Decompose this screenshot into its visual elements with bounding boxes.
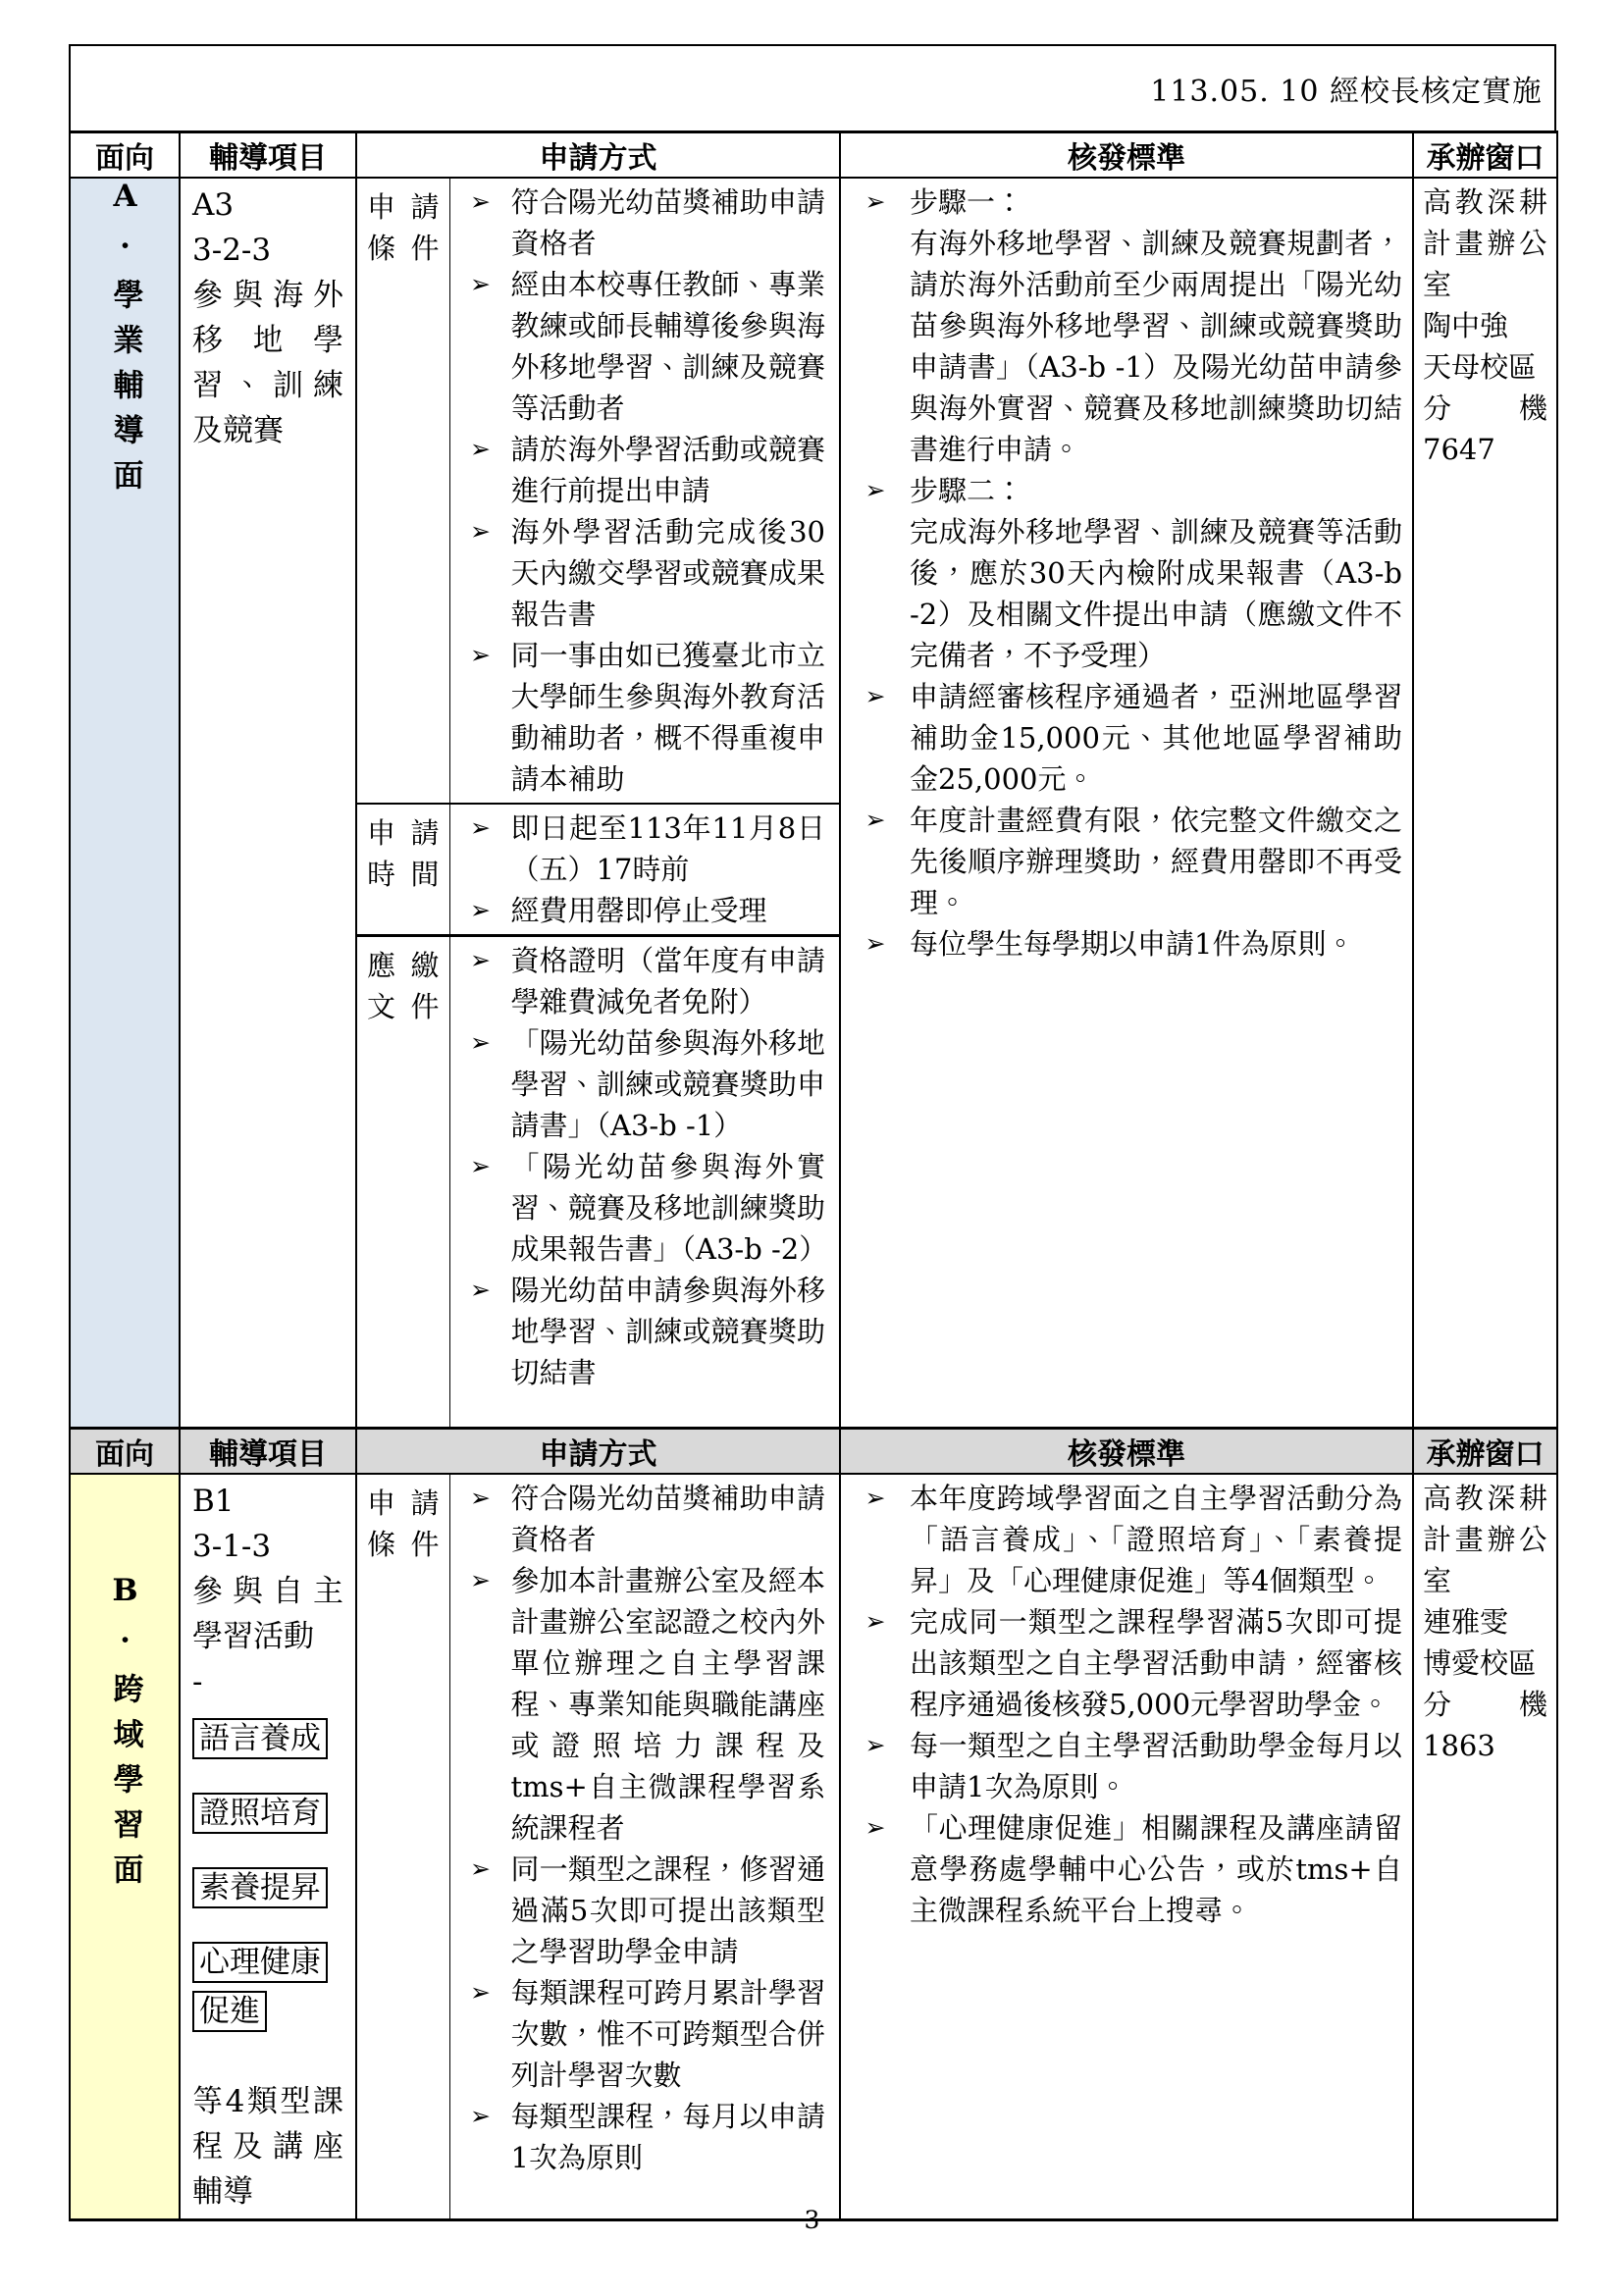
item-box: 素養提昇 (192, 1867, 328, 1908)
bullet-arrow-icon: ➢ (841, 182, 910, 223)
bullet-text: 步驟一： 有海外移地學習、訓練及競賽規劃者，請於海外活動前至少兩周提出「陽光幼苗… (910, 182, 1402, 470)
bullet-arrow-icon: ➢ (450, 635, 511, 676)
header-window: 承辦窗口 (1413, 1429, 1557, 1475)
bullet-arrow-icon: ➢ (450, 1022, 511, 1064)
bullet-item: ➢ 海外學習活動完成後30天內繳交學習或競賽成果報告書 (450, 511, 826, 635)
header-aspect: 面向 (70, 1429, 180, 1475)
bullet-text: 請於海外學習活動或競賽進行前提出申請 (511, 429, 826, 511)
bullet-text: 經費用罄即停止受理 (511, 890, 826, 931)
item-code: B1 (192, 1479, 343, 1524)
bullet-text: 每位學生每學期以申請1件為原則。 (910, 923, 1402, 965)
bullet-text: 年度計畫經費有限，依完整文件繳交之先後順序辦理獎助，經費用罄即不再受理。 (910, 800, 1402, 923)
aspect-text: B·跨域學習面 (110, 1573, 140, 1899)
item-name: 參與海外移地學習、訓練及競賽 (192, 273, 343, 453)
bullet-text: 參加本計畫辦公室及經本計畫辦公室認證之校內外單位辦理之自主學習課程、專業知能與職… (511, 1560, 826, 1849)
bullet-item: ➢ 每一類型之自主學習活動助學金每月以申請1次為原則。 (841, 1725, 1402, 1807)
method-bullets: ➢ 資格證明（當年度有申請學雜費減免者免附） ➢ 「陽光幼苗參與海外移地學習、訓… (449, 936, 840, 1429)
item-number: 3-1-3 (192, 1524, 343, 1569)
bullet-arrow-icon: ➢ (841, 1478, 910, 1519)
bullet-item: ➢ 「陽光幼苗參與海外實習、競賽及移地訓練獎助成果報告書」（A3-b -2） (450, 1146, 826, 1270)
bullet-arrow-icon: ➢ (450, 1478, 511, 1519)
bullet-arrow-icon: ➢ (841, 1601, 910, 1643)
bullet-item: ➢ 每類課程可跨月累計學習次數，惟不可跨類型合併列計學習次數 (450, 1972, 826, 2096)
bullet-item: ➢ 步驟一： 有海外移地學習、訓練及競賽規劃者，請於海外活動前至少兩周提出「陽光… (841, 182, 1402, 470)
table-row: B·跨域學習面 B1 3-1-3 參與自主學習活動 - 語言養成 證照培育 素養… (70, 1474, 1557, 2220)
bullet-text: 每一類型之自主學習活動助學金每月以申請1次為原則。 (910, 1725, 1402, 1807)
bullet-arrow-icon: ➢ (841, 676, 910, 717)
method-sublabel: 應繳 文件 (356, 936, 449, 1429)
method-sublabel: 申請 條件 (356, 178, 449, 804)
standards-cell: ➢ 本年度跨域學習面之自主學習活動分為「語言養成」、「證照培育」、「素養提昇」及… (840, 1474, 1413, 2220)
bullet-arrow-icon: ➢ (450, 1146, 511, 1187)
bullet-arrow-icon: ➢ (450, 182, 511, 223)
item-box-line: 素養提昇 (192, 1863, 343, 1912)
item-suffix: 等4類型課程及講座輔導 (192, 2079, 343, 2215)
aspect-text: A·學業輔導面 (110, 179, 140, 504)
item-name: 參與自主學習活動 (192, 1569, 343, 1659)
header-window: 承辦窗口 (1413, 132, 1557, 179)
window-cell: 高教深耕計畫辦公室 陶中強 天母校區 分機7647 (1413, 178, 1557, 1429)
bullet-item: ➢ 本年度跨域學習面之自主學習活動分為「語言養成」、「證照培育」、「素養提昇」及… (841, 1478, 1402, 1601)
bullet-item: ➢ 符合陽光幼苗獎補助申請資格者 (450, 1478, 826, 1560)
bullet-item: ➢ 申請經審核程序通過者，亞洲地區學習補助金15,000元、其他地區學習補助金2… (841, 676, 1402, 800)
bullet-text: 步驟二： 完成海外移地學習、訓練及競賽等活動後，應於30天內檢附成果報書（A3-… (910, 470, 1402, 676)
item-box: 語言養成 (192, 1718, 328, 1759)
item-code: A3 (192, 183, 343, 228)
bullet-text: 申請經審核程序通過者，亞洲地區學習補助金15,000元、其他地區學習補助金25,… (910, 676, 1402, 800)
bullet-arrow-icon: ➢ (450, 808, 511, 849)
bullet-text: 符合陽光幼苗獎補助申請資格者 (511, 1478, 826, 1560)
item-cell: B1 3-1-3 參與自主學習活動 - 語言養成 證照培育 素養提昇 心理健康促… (180, 1474, 356, 2220)
bullet-text: 陽光幼苗申請參與海外移地學習、訓練或競賽獎助切結書 (511, 1270, 826, 1393)
header-standard: 核發標準 (840, 132, 1413, 179)
table-row: A·學業輔導面 A3 3-2-3 參與海外移地學習、訓練及競賽 申請 條件 ➢ … (70, 178, 1557, 804)
bullet-item: ➢ 即日起至113年11月8日（五）17時前 (450, 808, 826, 890)
header-standard: 核發標準 (840, 1429, 1413, 1475)
item-cell: A3 3-2-3 參與海外移地學習、訓練及競賽 (180, 178, 356, 1429)
bullet-text: 同一類型之課程，修習通過滿5次即可提出該類型之學習助學金申請 (511, 1849, 826, 1972)
bullet-item: ➢ 經費用罄即停止受理 (450, 890, 826, 931)
bullet-arrow-icon: ➢ (450, 511, 511, 552)
method-bullets: ➢ 符合陽光幼苗獎補助申請資格者 ➢ 經由本校專任教師、專業教練或師長輔導後參與… (449, 178, 840, 804)
bullet-arrow-icon: ➢ (841, 800, 910, 841)
bullet-text: 「陽光幼苗參與海外實習、競賽及移地訓練獎助成果報告書」（A3-b -2） (511, 1146, 826, 1270)
bullet-arrow-icon: ➢ (450, 429, 511, 470)
item-box-line: 心理健康促進 (192, 1938, 343, 2036)
window-cell: 高教深耕計畫辦公室 連雅雯 博愛校區 分機1863 (1413, 1474, 1557, 2220)
method-bullets: ➢ 即日起至113年11月8日（五）17時前 ➢ 經費用罄即停止受理 (449, 804, 840, 936)
bullet-item: ➢ 「心理健康促進」相關課程及講座請留意學務處學輔中心公告，或於tms+自主微課… (841, 1807, 1402, 1931)
bullet-item: ➢ 同一類型之課程，修習通過滿5次即可提出該類型之學習助學金申請 (450, 1849, 826, 1972)
page-box: 113.05. 10 經校長核定實施 面向 輔導項目 申請方式 核發標準 承辦窗… (69, 44, 1556, 2221)
bullet-text: 經由本校專任教師、專業教練或師長輔導後參與海外移地學習、訓練及競賽等活動者 (511, 264, 826, 429)
bullet-item: ➢ 經由本校專任教師、專業教練或師長輔導後參與海外移地學習、訓練及競賽等活動者 (450, 264, 826, 429)
item-box: 證照培育 (192, 1793, 328, 1834)
page-number: 3 (0, 2206, 1624, 2234)
bullet-item: ➢ 參加本計畫辦公室及經本計畫辦公室認證之校內外單位辦理之自主學習課程、專業知能… (450, 1560, 826, 1849)
bullet-text: 資格證明（當年度有申請學雜費減免者免附） (511, 940, 826, 1022)
bullet-item: ➢ 符合陽光幼苗獎補助申請資格者 (450, 182, 826, 264)
bullet-item: ➢ 步驟二： 完成海外移地學習、訓練及競賽等活動後，應於30天內檢附成果報書（A… (841, 470, 1402, 676)
item-number: 3-2-3 (192, 228, 343, 273)
item-dash: - (192, 1659, 343, 1704)
bullet-text: 完成同一類型之課程學習滿5次即可提出該類型之自主學習活動申請，經審核程序通過後核… (910, 1601, 1402, 1725)
standards-cell: ➢ 步驟一： 有海外移地學習、訓練及競賽規劃者，請於海外活動前至少兩周提出「陽光… (840, 178, 1413, 1429)
item-box-line: 證照培育 (192, 1789, 343, 1838)
method-sublabel: 申請 條件 (356, 1474, 449, 2220)
bullet-item: ➢ 每類型課程，每月以申請1次為原則 (450, 2096, 826, 2178)
table-header-row: 面向 輔導項目 申請方式 核發標準 承辦窗口 (70, 1429, 1557, 1475)
method-sublabel: 申請 時間 (356, 804, 449, 936)
bullet-text: 同一事由如已獲臺北市立大學師生參與海外教育活動補助者，概不得重複申請本補助 (511, 635, 826, 800)
bullet-arrow-icon: ➢ (450, 1849, 511, 1890)
header-item: 輔導項目 (180, 132, 356, 179)
header-method: 申請方式 (356, 1429, 840, 1475)
subsidy-table: 面向 輔導項目 申請方式 核發標準 承辦窗口 A·學業輔導面 A3 3-2-3 … (69, 130, 1558, 2221)
bullet-text: 每類型課程，每月以申請1次為原則 (511, 2096, 826, 2178)
aspect-cell-b: B·跨域學習面 (70, 1474, 180, 2220)
bullet-arrow-icon: ➢ (450, 1270, 511, 1311)
header-method: 申請方式 (356, 132, 840, 179)
bullet-item: ➢ 完成同一類型之課程學習滿5次即可提出該類型之自主學習活動申請，經審核程序通過… (841, 1601, 1402, 1725)
bullet-item: ➢ 年度計畫經費有限，依完整文件繳交之先後順序辦理獎助，經費用罄即不再受理。 (841, 800, 1402, 923)
bullet-item: ➢ 資格證明（當年度有申請學雜費減免者免附） (450, 940, 826, 1022)
bullet-arrow-icon: ➢ (841, 923, 910, 965)
item-box: 心理健康促進 (192, 1942, 328, 2032)
bullet-arrow-icon: ➢ (841, 1807, 910, 1849)
bullet-item: ➢ 「陽光幼苗參與海外移地學習、訓練或競賽獎助申請書」（A3-b -1） (450, 1022, 826, 1146)
header-aspect: 面向 (70, 132, 180, 179)
bullet-arrow-icon: ➢ (450, 1972, 511, 2013)
aspect-cell-a: A·學業輔導面 (70, 178, 180, 1429)
bullet-text: 即日起至113年11月8日（五）17時前 (511, 808, 826, 890)
bullet-text: 符合陽光幼苗獎補助申請資格者 (511, 182, 826, 264)
bullet-item: ➢ 請於海外學習活動或競賽進行前提出申請 (450, 429, 826, 511)
bullet-text: 「陽光幼苗參與海外移地學習、訓練或競賽獎助申請書」（A3-b -1） (511, 1022, 826, 1146)
bullet-item: ➢ 陽光幼苗申請參與海外移地學習、訓練或競賽獎助切結書 (450, 1270, 826, 1393)
bullet-arrow-icon: ➢ (450, 940, 511, 981)
method-bullets: ➢ 符合陽光幼苗獎補助申請資格者 ➢ 參加本計畫辦公室及經本計畫辦公室認證之校內… (449, 1474, 840, 2220)
bullet-arrow-icon: ➢ (450, 1560, 511, 1601)
approval-note: 113.05. 10 經校長核定實施 (1150, 67, 1543, 110)
table-header-row: 面向 輔導項目 申請方式 核發標準 承辦窗口 (70, 132, 1557, 179)
item-box-line: 語言養成 (192, 1714, 343, 1763)
bullet-arrow-icon: ➢ (450, 2096, 511, 2137)
bullet-item: ➢ 每位學生每學期以申請1件為原則。 (841, 923, 1402, 965)
header-item: 輔導項目 (180, 1429, 356, 1475)
bullet-text: 海外學習活動完成後30天內繳交學習或競賽成果報告書 (511, 511, 826, 635)
bullet-text: 本年度跨域學習面之自主學習活動分為「語言養成」、「證照培育」、「素養提昇」及「心… (910, 1478, 1402, 1601)
bullet-text: 每類課程可跨月累計學習次數，惟不可跨類型合併列計學習次數 (511, 1972, 826, 2096)
bullet-arrow-icon: ➢ (450, 890, 511, 931)
approval-note-box: 113.05. 10 經校長核定實施 (69, 44, 1556, 130)
bullet-text: 「心理健康促進」相關課程及講座請留意學務處學輔中心公告，或於tms+自主微課程系… (910, 1807, 1402, 1931)
bullet-arrow-icon: ➢ (841, 1725, 910, 1766)
bullet-arrow-icon: ➢ (450, 264, 511, 305)
bullet-item: ➢ 同一事由如已獲臺北市立大學師生參與海外教育活動補助者，概不得重複申請本補助 (450, 635, 826, 800)
bullet-arrow-icon: ➢ (841, 470, 910, 511)
